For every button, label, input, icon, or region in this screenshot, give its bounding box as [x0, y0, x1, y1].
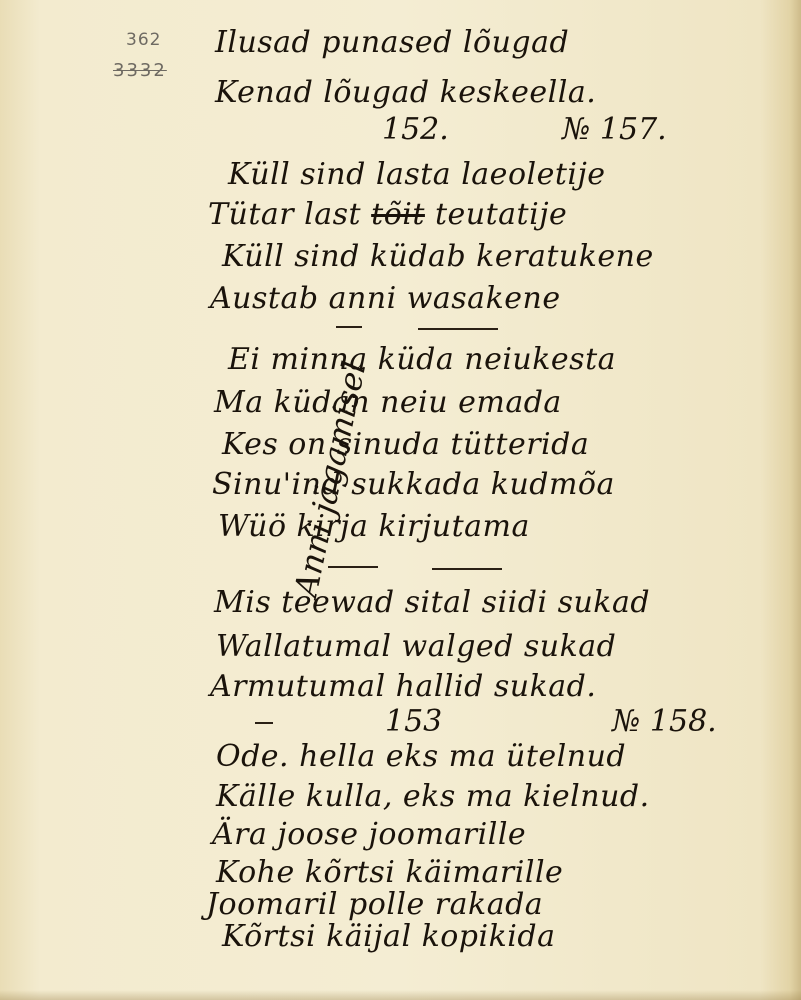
- verse-line: Tütar last tõit teutatije: [208, 200, 567, 230]
- verse-line: Küll sind küdab keratukene: [222, 242, 654, 272]
- verse-line: Kõrtsi käijal kopikida: [222, 922, 555, 952]
- page-number: 152.: [382, 112, 449, 147]
- verse-line: Källe kulla, eks ma kielnud.: [216, 782, 650, 812]
- archive-number: 362: [126, 30, 161, 50]
- archive-number-struck: 3332: [113, 60, 167, 81]
- verse-line: Ilusad punased lõugad: [215, 28, 569, 58]
- verse-line: Kenad lõugad keskeella.: [215, 78, 596, 108]
- verse-line: Ei minna küda neiukesta: [228, 345, 616, 375]
- verse-line: Kes on sinuda tütterida: [222, 430, 589, 460]
- verse-line: Sinu'ind sukkada kudmõa: [212, 470, 615, 500]
- verse-line: Mis teewad sital siidi sukad: [214, 588, 650, 618]
- struck-word: tõit: [371, 197, 425, 232]
- verse-line: Wüö kirja kirjutama: [218, 512, 530, 542]
- verse-line: Kohe kõrtsi käimarille: [216, 858, 563, 888]
- song-number: № 158.: [612, 704, 717, 739]
- page-number: 153: [385, 704, 442, 739]
- verse-line: Küll sind lasta laeoletije: [228, 160, 606, 190]
- song-number: № 157.: [562, 112, 667, 147]
- separator-dash: [255, 722, 273, 724]
- verse-line: Ära joose joomarille: [212, 820, 526, 850]
- verse-line: Ma küdan neiu emada: [214, 388, 562, 418]
- verse-line: Joomaril polle rakada: [206, 890, 543, 920]
- manuscript-page: 362 3332 Ilusad punased lõugad Kenad lõu…: [0, 0, 801, 1000]
- verse-line: Ode. hella eks ma ütelnud: [216, 742, 626, 772]
- verse-text: Tütar last: [208, 197, 361, 232]
- separator-dash: [418, 328, 498, 330]
- verse-text: teutatije: [435, 197, 567, 232]
- separator-dash: [432, 568, 502, 570]
- separator-dash: [328, 566, 378, 568]
